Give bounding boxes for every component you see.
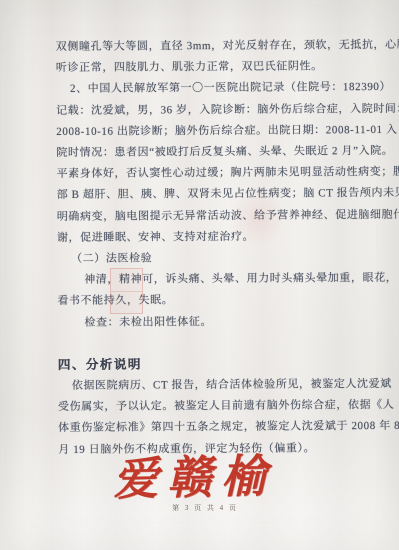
text-line: 2008-10-16 出院诊断；脑外伤后综合症。出院日期：2008-11-01 … xyxy=(56,120,372,143)
page-number: 第 3 页 共 4 页 xyxy=(150,503,260,513)
text-line: 看书不能持久，失眠。 xyxy=(57,289,373,312)
text-line: 双侧瞳孔等大等圆，直径 3mm，对光反射存在，颈软，无抵抗，心肺 xyxy=(56,35,372,58)
text-line: 谢，促进睡眠、安神、支持对症治疗。 xyxy=(57,226,373,249)
text-line: 部 B 超肝、胆、胰、脾、双肾未见占位性病变；脑 CT 报告颅内未见 xyxy=(57,183,373,206)
document-page: 双侧瞳孔等大等圆，直径 3mm，对光反射存在，颈软，无抵抗，心肺 听诊正常，四肢… xyxy=(0,0,399,550)
text-line: 依据医院病历、CT 报告，结合活体检验所见，被鉴定人沈爱斌 xyxy=(58,374,374,397)
text-line: 院时情况：患者因“被殴打后反复头痛、头晕、失眠近 2 月”入院。 xyxy=(56,141,372,164)
text-line: 体重伤鉴定标准》第四十五条之规定，被鉴定人沈爱斌于 2008 年 8 xyxy=(58,416,374,439)
red-watermark-stamp: 爱赣榆 xyxy=(112,450,275,505)
document-text: 双侧瞳孔等大等圆，直径 3mm，对光反射存在，颈软，无抵抗，心肺 听诊正常，四肢… xyxy=(56,35,375,461)
text-line: 平素身体好，否认窦性心动过缓；胸片两肺未见明显活动性病变；腹 xyxy=(56,162,372,185)
text-line: 2、中国人民解放军第一〇一医院出院记录（住院号：182390） xyxy=(56,77,372,100)
text-line: 听诊正常，四肢肌力、肌张力正常，双巴氏征阴性。 xyxy=(56,56,372,79)
section-heading: 四、分析说明 xyxy=(58,353,374,376)
text-line: （二）法医检验 xyxy=(57,247,373,270)
text-line: 记载：沈爱斌，男，36 岁，入院诊断：脑外伤后综合症，入院时间： xyxy=(56,99,372,122)
text-line: 检查：未检出阳性体征。 xyxy=(57,311,373,334)
text-line: 神清，精神可，诉头痛、头晕、用力时头痛头晕加重，眼花， xyxy=(57,268,373,291)
text-line: 明确病变，脑电图提示无异常活动波、给予营养神经、促进脑细胞代 xyxy=(57,205,373,228)
text-line: 受伤属实，予以认定。被鉴定人目前遗有脑外伤综合症，依据《人 xyxy=(58,395,374,418)
